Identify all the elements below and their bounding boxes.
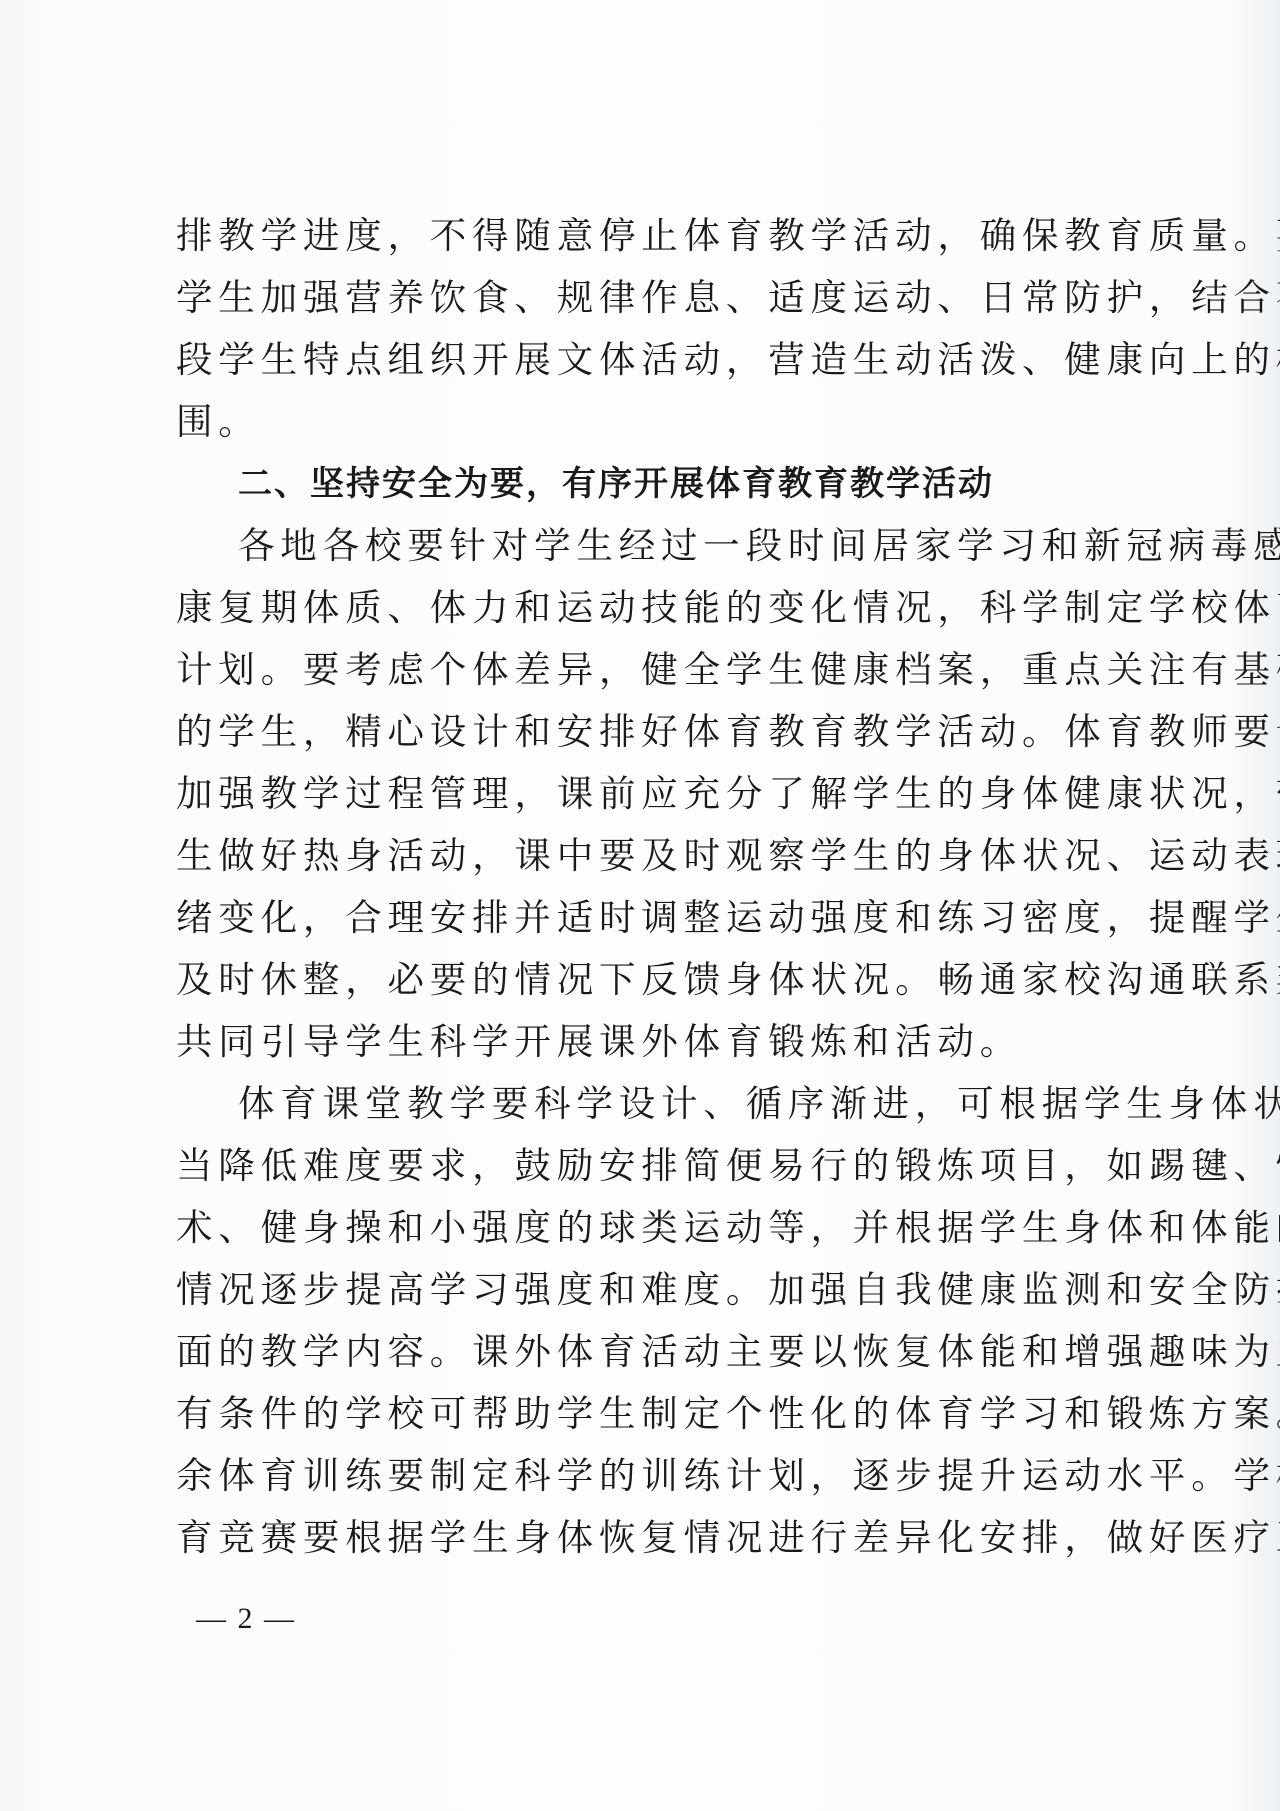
text-line: 康复期体质、体力和运动技能的变化情况，科学制定学校体育工作 (176, 577, 1108, 639)
text-line: 有条件的学校可帮助学生制定个性化的体育学习和锻炼方案。课 (176, 1383, 1108, 1445)
document-body: 排教学进度，不得随意停止体育教学活动，确保教育质量。要指导 学生加强营养饮食、规… (176, 205, 1108, 1569)
section-heading: 二、坚持安全为要，有序开展体育教育教学活动 (176, 453, 1108, 515)
text-line: 面的教学内容。课外体育活动主要以恢复体能和增强趣味为主， (176, 1321, 1108, 1383)
text-line: 计划。要考虑个体差异，健全学生健康档案，重点关注有基础疾病 (176, 639, 1108, 701)
page-number: — 2 — (196, 1602, 296, 1636)
text-line: 绪变化，合理安排并适时调整运动强度和练习密度，提醒学生课后 (176, 887, 1108, 949)
text-line: 段学生特点组织开展文体活动，营造生动活泼、健康向上的校园氛 (176, 329, 1108, 391)
paragraph-first-line: 各地各校要针对学生经过一段时间居家学习和新冠病毒感染 (176, 515, 1108, 577)
text-line: 的学生，精心设计和安排好体育教育教学活动。体育教师要切实 (176, 701, 1108, 763)
text-line: 及时休整，必要的情况下反馈身体状况。畅通家校沟通联系渠道， (176, 949, 1108, 1011)
text-line: 围。 (176, 391, 1108, 453)
text-line: 当降低难度要求，鼓励安排简便易行的锻炼项目，如踢毽、慢跑、武 (176, 1135, 1108, 1197)
text-line: 共同引导学生科学开展课外体育锻炼和活动。 (176, 1011, 1108, 1073)
document-page: 排教学进度，不得随意停止体育教学活动，确保教育质量。要指导 学生加强营养饮食、规… (0, 0, 1280, 1811)
text-line: 加强教学过程管理，课前应充分了解学生的身体健康状况，带领学 (176, 763, 1108, 825)
paragraph-first-line: 体育课堂教学要科学设计、循序渐进，可根据学生身体状况适 (176, 1073, 1108, 1135)
text-line: 余体育训练要制定科学的训练计划，逐步提升运动水平。学校体 (176, 1445, 1108, 1507)
text-line: 育竞赛要根据学生身体恢复情况进行差异化安排，做好医疗卫生 (176, 1507, 1108, 1569)
text-line: 学生加强营养饮食、规律作息、适度运动、日常防护，结合不同年龄 (176, 267, 1108, 329)
text-line: 术、健身操和小强度的球类运动等，并根据学生身体和体能的恢复 (176, 1197, 1108, 1259)
text-line: 生做好热身活动，课中要及时观察学生的身体状况、运动表现和情 (176, 825, 1108, 887)
text-line: 排教学进度，不得随意停止体育教学活动，确保教育质量。要指导 (176, 205, 1108, 267)
text-line: 情况逐步提高学习强度和难度。加强自我健康监测和安全防护方 (176, 1259, 1108, 1321)
